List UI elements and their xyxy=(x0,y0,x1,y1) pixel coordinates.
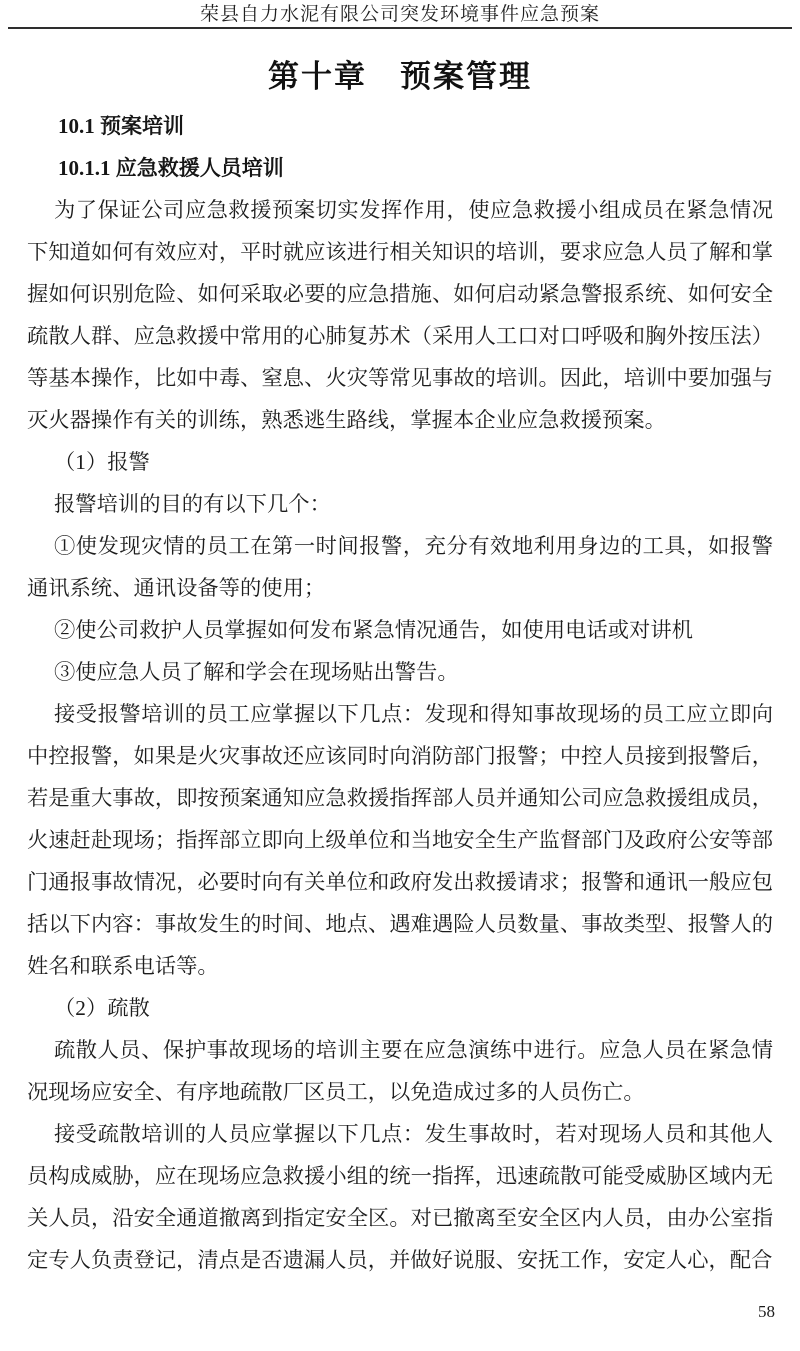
paragraph-alarm-purpose-1: ①使发现灾情的员工在第一时间报警，充分有效地利用身边的工具，如报警通讯系统、通讯… xyxy=(27,525,773,609)
paragraph-alarm-purpose-intro: 报警培训的目的有以下几个： xyxy=(27,483,773,525)
section-heading-10-1: 10.1 预案培训 xyxy=(27,105,773,147)
paragraph-evacuation-intro: 疏散人员、保护事故现场的培训主要在应急演练中进行。应急人员在紧急情况现场应安全、… xyxy=(27,1029,773,1113)
list-item-2-evacuation-heading: （2）疏散 xyxy=(27,987,773,1029)
paragraph-alarm-purpose-3: ③使应急人员了解和学会在现场贴出警告。 xyxy=(27,651,773,693)
header-divider xyxy=(8,27,792,29)
section-heading-10-1-1: 10.1.1 应急救援人员培训 xyxy=(27,147,773,189)
paragraph-alarm-purpose-2: ②使公司救护人员掌握如何发布紧急情况通告，如使用电话或对讲机 xyxy=(27,609,773,651)
paragraph-evacuation-points: 接受疏散培训的人员应掌握以下几点：发生事故时，若对现场人员和其他人员构成威胁，应… xyxy=(27,1113,773,1281)
page-number: 58 xyxy=(758,1302,775,1322)
paragraph-alarm-training-points: 接受报警培训的员工应掌握以下几点：发现和得知事故现场的员工应立即向中控报警，如果… xyxy=(27,693,773,987)
chapter-title: 第十章 预案管理 xyxy=(27,55,773,99)
paragraph-training-intro: 为了保证公司应急救援预案切实发挥作用，使应急救援小组成员在紧急情况下知道如何有效… xyxy=(27,189,773,441)
document-body: 第十章 预案管理 10.1 预案培训 10.1.1 应急救援人员培训 为了保证公… xyxy=(27,55,773,1281)
list-item-1-alarm-heading: （1）报警 xyxy=(27,441,773,483)
document-header-title: 荣县自力水泥有限公司突发环境事件应急预案 xyxy=(27,3,773,26)
document-page: 荣县自力水泥有限公司突发环境事件应急预案 第十章 预案管理 10.1 预案培训 … xyxy=(0,0,800,1351)
page-header: 荣县自力水泥有限公司突发环境事件应急预案 xyxy=(27,0,773,29)
